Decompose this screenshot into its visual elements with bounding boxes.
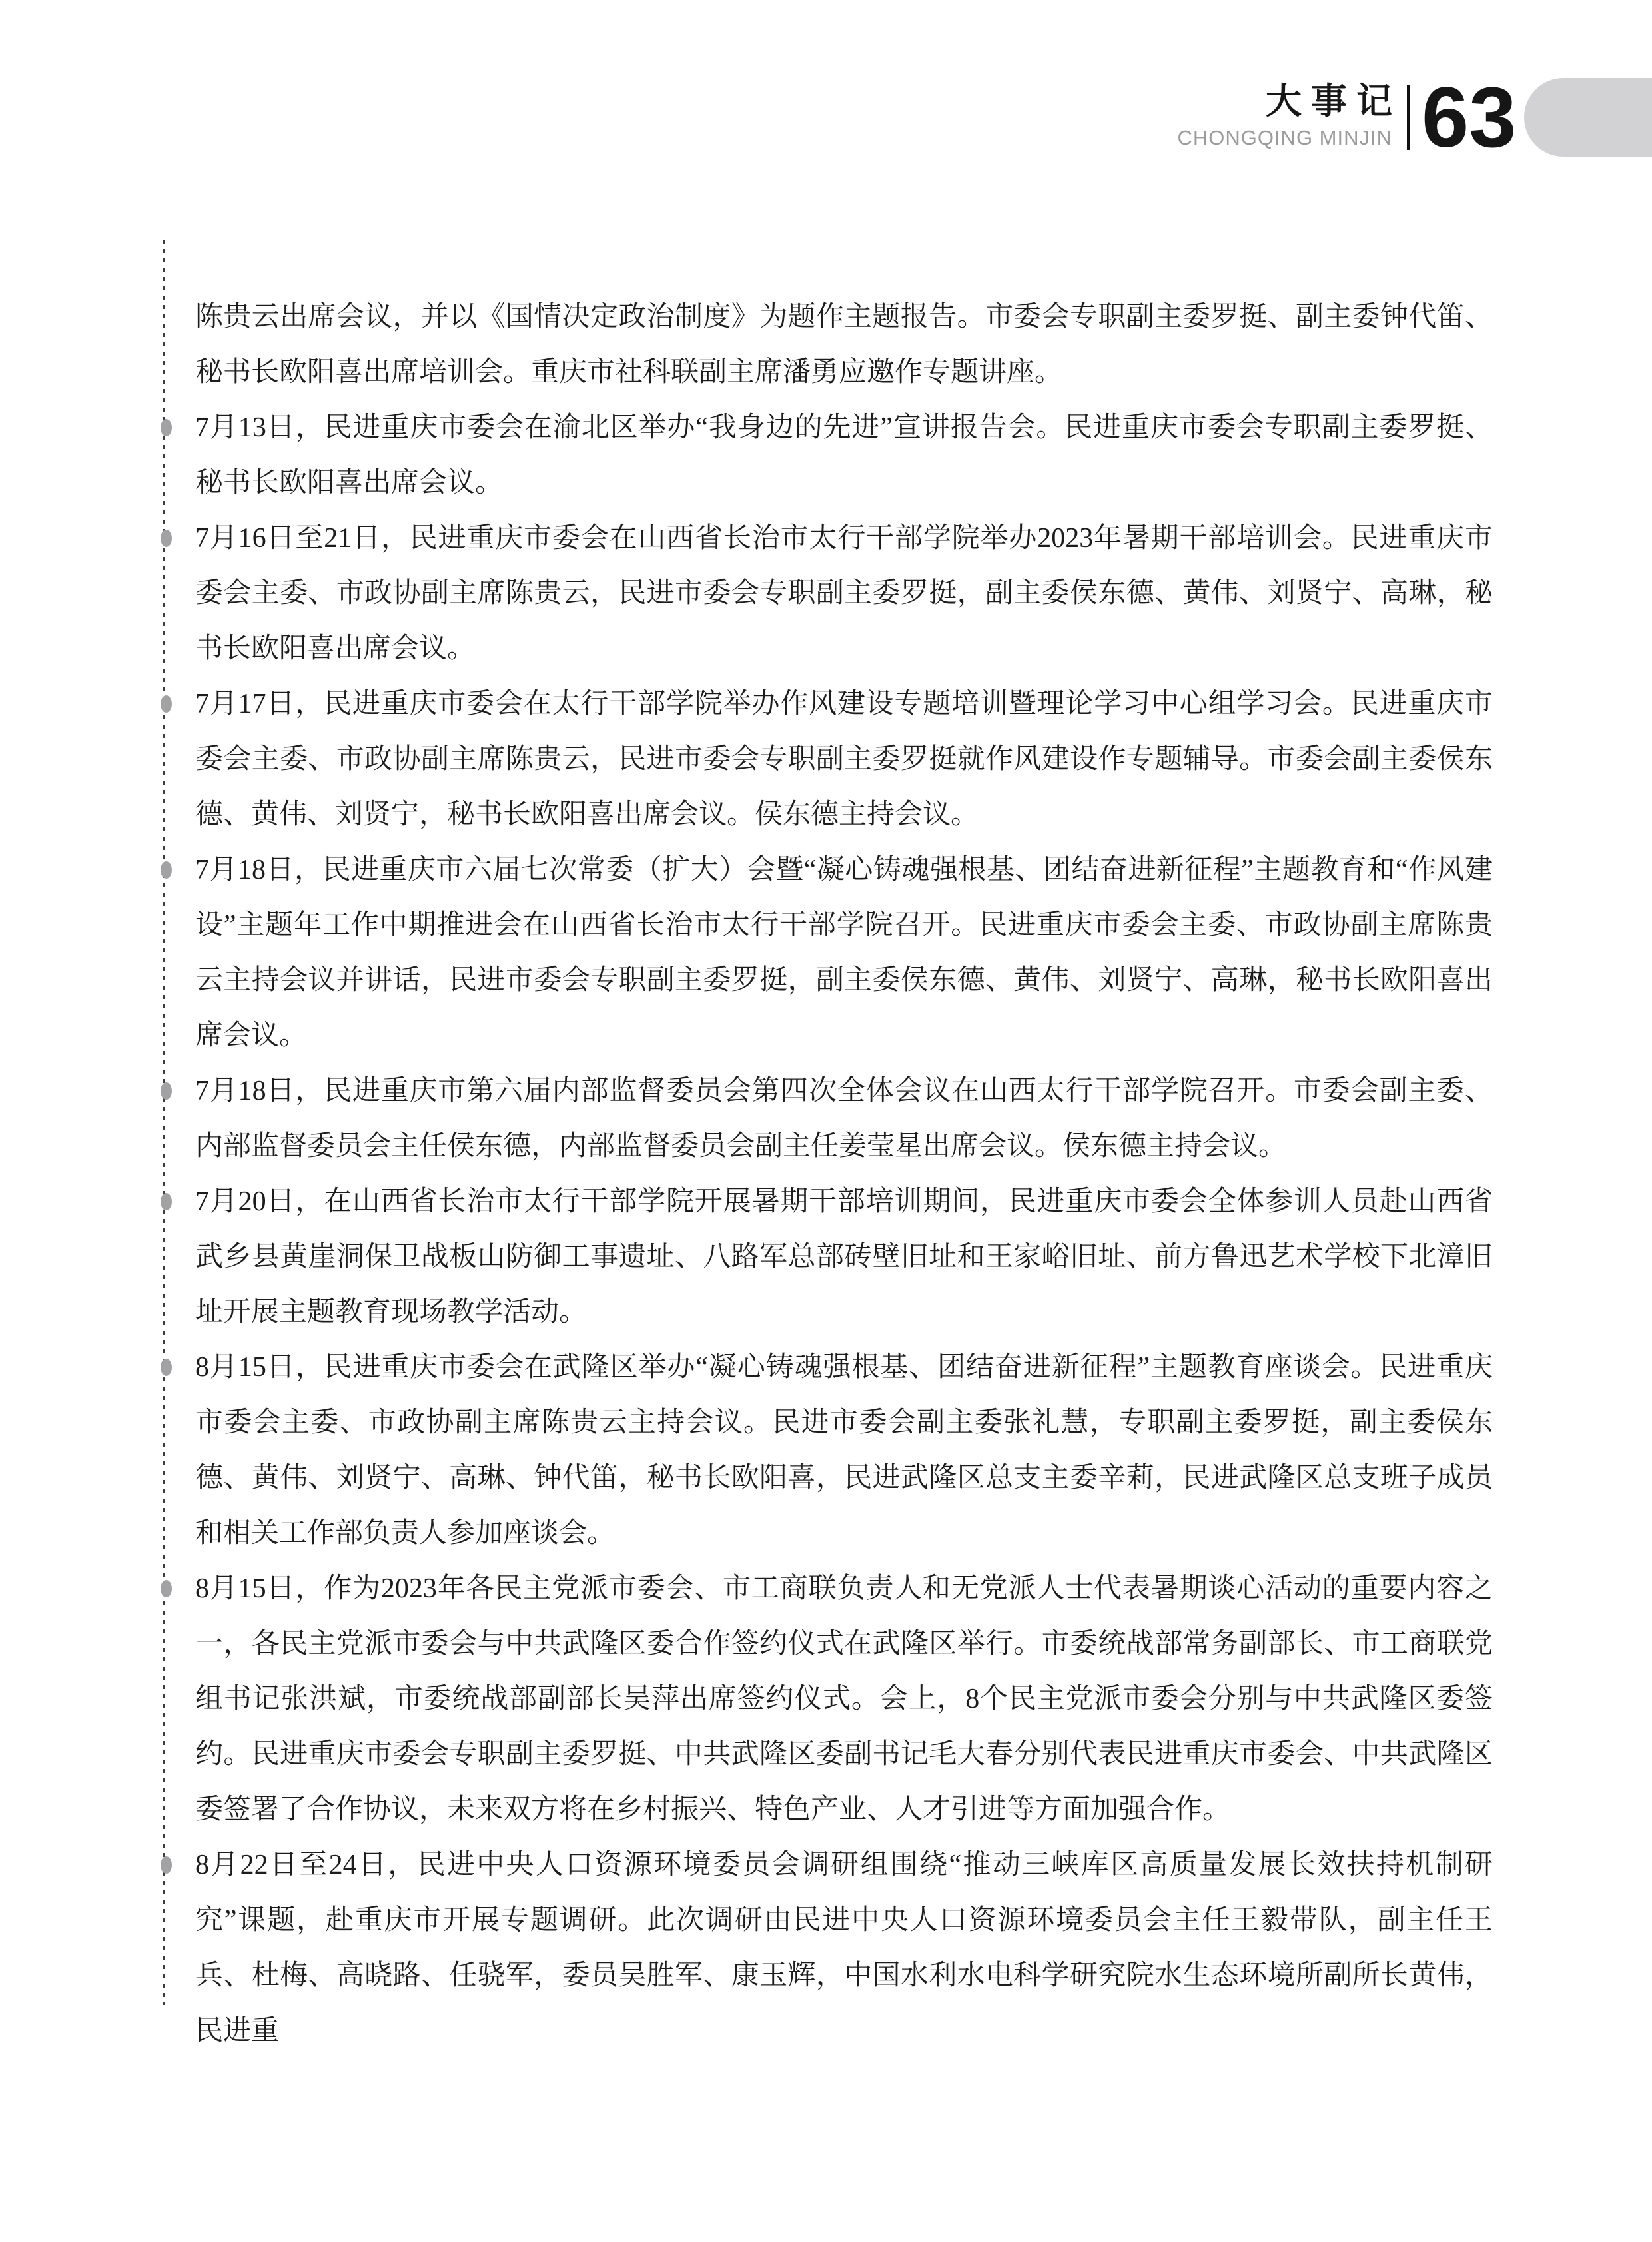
section-title: 大事记 xyxy=(1266,81,1402,121)
event-paragraph: 7月18日，民进重庆市六届七次常委（扩大）会暨“凝心铸魂强根基、团结奋进新征程”… xyxy=(195,843,1493,1064)
margin-dotted-line xyxy=(163,240,165,2005)
paragraph-text: 7月13日，民进重庆市委会在渝北区举办“我身边的先进”宣讲报告会。民进重庆市委会… xyxy=(195,412,1493,498)
event-paragraph: 8月15日，作为2023年各民主党派市委会、市工商联负责人和无党派人士代表暑期谈… xyxy=(195,1561,1493,1838)
bullet-marker xyxy=(161,1856,172,1874)
paragraph-text: 7月17日，民进重庆市委会在太行干部学院举办作风建设专题培训暨理论学习中心组学习… xyxy=(195,689,1493,830)
paragraph-text: 8月15日，民进重庆市委会在武隆区举办“凝心铸魂强根基、团结奋进新征程”主题教育… xyxy=(195,1352,1493,1549)
paragraph-text: 7月16日至21日，民进重庆市委会在山西省长治市太行干部学院举办2023年暑期干… xyxy=(195,523,1493,664)
header-divider xyxy=(1407,85,1410,150)
event-paragraph: 8月22日至24日，民进中央人口资源环境委员会调研组围绕“推动三峡库区高质量发展… xyxy=(195,1838,1493,2059)
paragraph-text: 7月18日，民进重庆市第六届内部监督委员会第四次全体会议在山西太行干部学院召开。… xyxy=(195,1076,1493,1162)
page-number: 63 xyxy=(1422,79,1516,157)
event-paragraph: 8月15日，民进重庆市委会在武隆区举办“凝心铸魂强根基、团结奋进新征程”主题教育… xyxy=(195,1340,1493,1561)
event-paragraph: 7月20日，在山西省长治市太行干部学院开展暑期干部培训期间，民进重庆市委会全体参… xyxy=(195,1174,1493,1340)
bullet-marker xyxy=(161,530,172,547)
event-paragraph: 陈贵云出席会议，并以《国情决定政治制度》为题作主题报告。市委会专职副主委罗挺、副… xyxy=(195,290,1493,400)
bullet-marker xyxy=(161,1082,172,1100)
bullet-marker xyxy=(161,1580,172,1597)
bullet-marker xyxy=(161,419,172,436)
event-paragraph: 7月17日，民进重庆市委会在太行干部学院举办作风建设专题培训暨理论学习中心组学习… xyxy=(195,677,1493,843)
bullet-marker xyxy=(161,861,172,879)
bullet-marker xyxy=(161,695,172,713)
event-paragraph: 7月18日，民进重庆市第六届内部监督委员会第四次全体会议在山西太行干部学院召开。… xyxy=(195,1064,1493,1174)
paragraph-text: 7月18日，民进重庆市六届七次常委（扩大）会暨“凝心铸魂强根基、团结奋进新征程”… xyxy=(195,855,1493,1051)
event-paragraph: 7月13日，民进重庆市委会在渝北区举办“我身边的先进”宣讲报告会。民进重庆市委会… xyxy=(195,400,1493,511)
event-paragraph: 7月16日至21日，民进重庆市委会在山西省长治市太行干部学院举办2023年暑期干… xyxy=(195,511,1493,677)
paragraph-text: 7月20日，在山西省长治市太行干部学院开展暑期干部培训期间，民进重庆市委会全体参… xyxy=(195,1186,1493,1327)
bullet-marker xyxy=(161,1193,172,1210)
paragraph-text: 8月15日，作为2023年各民主党派市委会、市工商联负责人和无党派人士代表暑期谈… xyxy=(195,1573,1493,1825)
header-tab-shape xyxy=(1524,78,1652,157)
bullet-marker xyxy=(161,1359,172,1376)
paragraph-text: 陈贵云出席会议，并以《国情决定政治制度》为题作主题报告。市委会专职副主委罗挺、副… xyxy=(195,302,1493,388)
events-list: 陈贵云出席会议，并以《国情决定政治制度》为题作主题报告。市委会专职副主委罗挺、副… xyxy=(195,290,1493,2059)
publication-name: CHONGQING MINJIN xyxy=(1177,127,1392,149)
paragraph-text: 8月22日至24日，民进中央人口资源环境委员会调研组围绕“推动三峡库区高质量发展… xyxy=(195,1850,1493,2046)
